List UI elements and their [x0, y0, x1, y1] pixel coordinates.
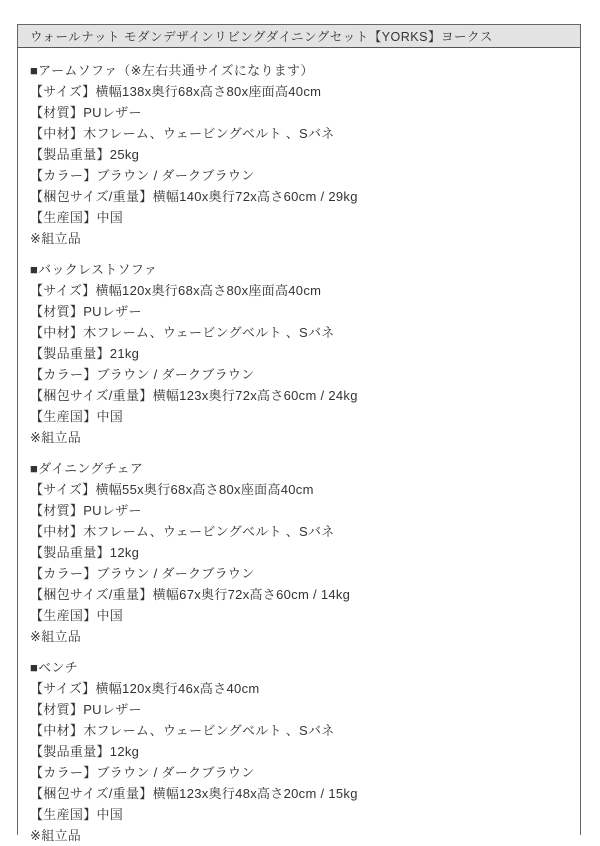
spec-panel-header: ウォールナット モダンデザインリビングダイニングセット【YORKS】ヨークス [18, 25, 580, 48]
spec-panel: ウォールナット モダンデザインリビングダイニングセット【YORKS】ヨークス ■… [17, 24, 581, 835]
spec-line-size: 【サイズ】横幅120x奥行68x高さ80x座面高40cm [30, 280, 568, 301]
spec-line-inner-material: 【中材】木フレーム、ウェービングベルト 、Sバネ [30, 123, 568, 144]
spec-line-weight: 【製品重量】12kg [30, 542, 568, 563]
product-title: ウォールナット モダンデザインリビングダイニングセット【YORKS】ヨークス [30, 27, 493, 45]
spec-line-color: 【カラー】ブラウン / ダークブラウン [30, 364, 568, 385]
spec-section-backrest-sofa: ■バックレストソファ 【サイズ】横幅120x奥行68x高さ80x座面高40cm … [30, 259, 568, 448]
spec-line-inner-material: 【中材】木フレーム、ウェービングベルト 、Sバネ [30, 521, 568, 542]
spec-line-assembly-note: ※組立品 [30, 427, 568, 448]
spec-line-size: 【サイズ】横幅138x奥行68x高さ80x座面高40cm [30, 81, 568, 102]
spec-section-dining-chair: ■ダイニングチェア 【サイズ】横幅55x奥行68x高さ80x座面高40cm 【材… [30, 458, 568, 647]
spec-line-material: 【材質】PUレザー [30, 102, 568, 123]
spec-section-bench: ■ベンチ 【サイズ】横幅120x奥行46x高さ40cm 【材質】PUレザー 【中… [30, 657, 568, 835]
spec-line-inner-material: 【中材】木フレーム、ウェービングベルト 、Sバネ [30, 720, 568, 741]
spec-line-country: 【生産国】中国 [30, 406, 568, 427]
spec-line-country: 【生産国】中国 [30, 605, 568, 626]
spec-line-weight: 【製品重量】25kg [30, 144, 568, 165]
spec-line-package: 【梱包サイズ/重量】横幅123x奥行72x高さ60cm / 24kg [30, 385, 568, 406]
spec-line-inner-material: 【中材】木フレーム、ウェービングベルト 、Sバネ [30, 322, 568, 343]
section-title: ■ダイニングチェア [30, 458, 568, 479]
spec-line-package: 【梱包サイズ/重量】横幅140x奥行72x高さ60cm / 29kg [30, 186, 568, 207]
spec-line-material: 【材質】PUレザー [30, 301, 568, 322]
spec-line-color: 【カラー】ブラウン / ダークブラウン [30, 563, 568, 584]
spec-line-package: 【梱包サイズ/重量】横幅123x奥行48x高さ20cm / 15kg [30, 783, 568, 804]
spec-line-assembly-note: ※組立品 [30, 228, 568, 249]
spec-section-arm-sofa: ■アームソファ（※左右共通サイズになります） 【サイズ】横幅138x奥行68x高… [30, 60, 568, 249]
spec-line-material: 【材質】PUレザー [30, 500, 568, 521]
spec-line-weight: 【製品重量】12kg [30, 741, 568, 762]
section-title: ■アームソファ（※左右共通サイズになります） [30, 60, 568, 81]
spec-line-color: 【カラー】ブラウン / ダークブラウン [30, 762, 568, 783]
spec-line-country: 【生産国】中国 [30, 804, 568, 825]
spec-line-color: 【カラー】ブラウン / ダークブラウン [30, 165, 568, 186]
spec-line-size: 【サイズ】横幅120x奥行46x高さ40cm [30, 678, 568, 699]
spec-body: ■アームソファ（※左右共通サイズになります） 【サイズ】横幅138x奥行68x高… [18, 48, 580, 835]
section-title: ■バックレストソファ [30, 259, 568, 280]
spec-line-package: 【梱包サイズ/重量】横幅67x奥行72x高さ60cm / 14kg [30, 584, 568, 605]
spec-line-weight: 【製品重量】21kg [30, 343, 568, 364]
spec-line-assembly-note: ※組立品 [30, 825, 568, 835]
spec-line-material: 【材質】PUレザー [30, 699, 568, 720]
spec-line-size: 【サイズ】横幅55x奥行68x高さ80x座面高40cm [30, 479, 568, 500]
section-title: ■ベンチ [30, 657, 568, 678]
spec-line-assembly-note: ※組立品 [30, 626, 568, 647]
spec-line-country: 【生産国】中国 [30, 207, 568, 228]
